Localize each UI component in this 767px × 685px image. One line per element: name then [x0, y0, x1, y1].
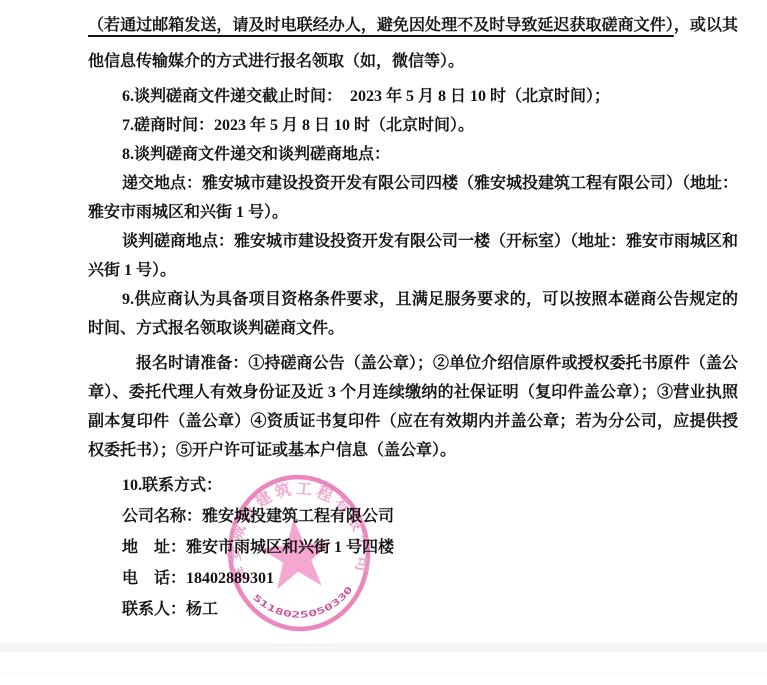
submit-location-paragraph: 递交地点：雅安城市建设投资开发有限公司四楼（雅安城投建筑工程有限公司）（地址：雅…	[88, 169, 738, 227]
item-9-supplier-eligibility: 9.供应商认为具备项目资格条件要求，且满足服务要求的，可以按照本磋商公告规定的时…	[88, 285, 738, 343]
address-line: 地 址：雅安市雨城区和兴街 1 号四楼	[88, 533, 738, 562]
contact-person-line: 联系人：杨工	[88, 595, 738, 624]
intro-paragraph: （若通过邮箱发送，请及时电联经办人，避免因处理不及时导致延迟获取磋商文件），或以…	[88, 8, 738, 80]
negotiation-location-paragraph: 谈判磋商地点：雅安城市建设投资开发有限公司一楼（开标室）（地址：雅安市雨城区和兴…	[88, 227, 738, 285]
phone-line: 电 话：18402889301	[88, 564, 738, 593]
item-10-contact-heading: 10.联系方式：	[88, 471, 738, 500]
scan-artifact-band	[0, 672, 767, 675]
document-body: （若通过邮箱发送，请及时电联经办人，避免因处理不及时导致延迟获取磋商文件），或以…	[88, 8, 738, 624]
scan-artifact-band	[0, 643, 767, 652]
item-8-locations-heading: 8.谈判磋商文件递交和谈判磋商地点：	[88, 140, 738, 169]
item-7-negotiation-time: 7.磋商时间：2023 年 5 月 8 日 10 时（北京时间）。	[88, 111, 738, 140]
intro-bold-underline-text: （若通过邮箱发送，请及时电联经办人，避免因处理不及时导致延迟获取磋商文件）	[88, 17, 674, 34]
item-6-deadline: 6.谈判磋商文件递交截止时间： 2023 年 5 月 8 日 10 时（北京时间…	[88, 82, 738, 111]
company-name-line: 公司名称：雅安城投建筑工程有限公司	[88, 502, 738, 531]
registration-materials-paragraph: 报名时请准备：①持磋商公告（盖公章）；②单位介绍信原件或授权委托书原件（盖公章）…	[88, 349, 738, 465]
